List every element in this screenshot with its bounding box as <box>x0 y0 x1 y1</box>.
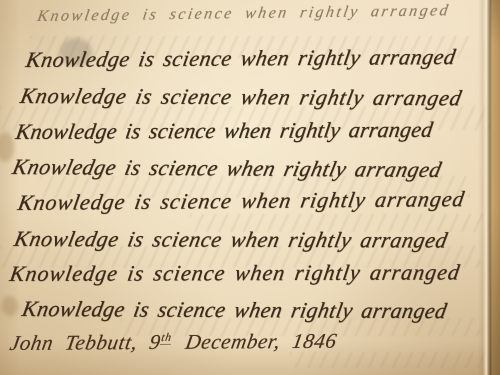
model-copy-line: Knowledge is science when rightly arrang… <box>36 2 451 26</box>
ink-stain <box>60 38 92 66</box>
signature-day-number: 9 <box>148 330 163 354</box>
page-edge <box>478 0 500 375</box>
manuscript-page: Knowledge is science when rightly arrang… <box>0 0 500 375</box>
paper-blemish <box>0 132 14 162</box>
showthrough-texture <box>190 214 490 232</box>
showthrough-texture <box>30 36 470 58</box>
practice-line: Knowledge is science when rightly arrang… <box>12 226 450 254</box>
showthrough-texture <box>290 352 500 368</box>
practice-line: Knowledge is science when rightly arrang… <box>10 154 444 183</box>
signature-name: John Tebbutt, <box>8 330 140 355</box>
showthrough-texture <box>0 246 480 268</box>
signature-day-ordinal: th <box>160 332 172 345</box>
showthrough-texture <box>120 318 480 336</box>
practice-line: Knowledge is science when rightly arrang… <box>8 259 462 287</box>
signature-line: John Tebbutt, 9th December, 1846 <box>8 329 339 356</box>
practice-line: Knowledge is science when rightly arrang… <box>24 44 458 73</box>
practice-line: Knowledge is science when rightly arrang… <box>18 83 464 111</box>
showthrough-texture <box>40 176 470 198</box>
signature-date: December, 1846 <box>184 329 339 354</box>
showthrough-texture <box>0 106 500 130</box>
page-edge-shadow <box>490 0 500 375</box>
practice-line: Knowledge is science when rightly arrang… <box>16 186 467 216</box>
practice-line: Knowledge is science when rightly arrang… <box>14 117 435 145</box>
practice-line: Knowledge is science when rightly arrang… <box>20 296 449 324</box>
paper-blemish <box>2 296 18 316</box>
